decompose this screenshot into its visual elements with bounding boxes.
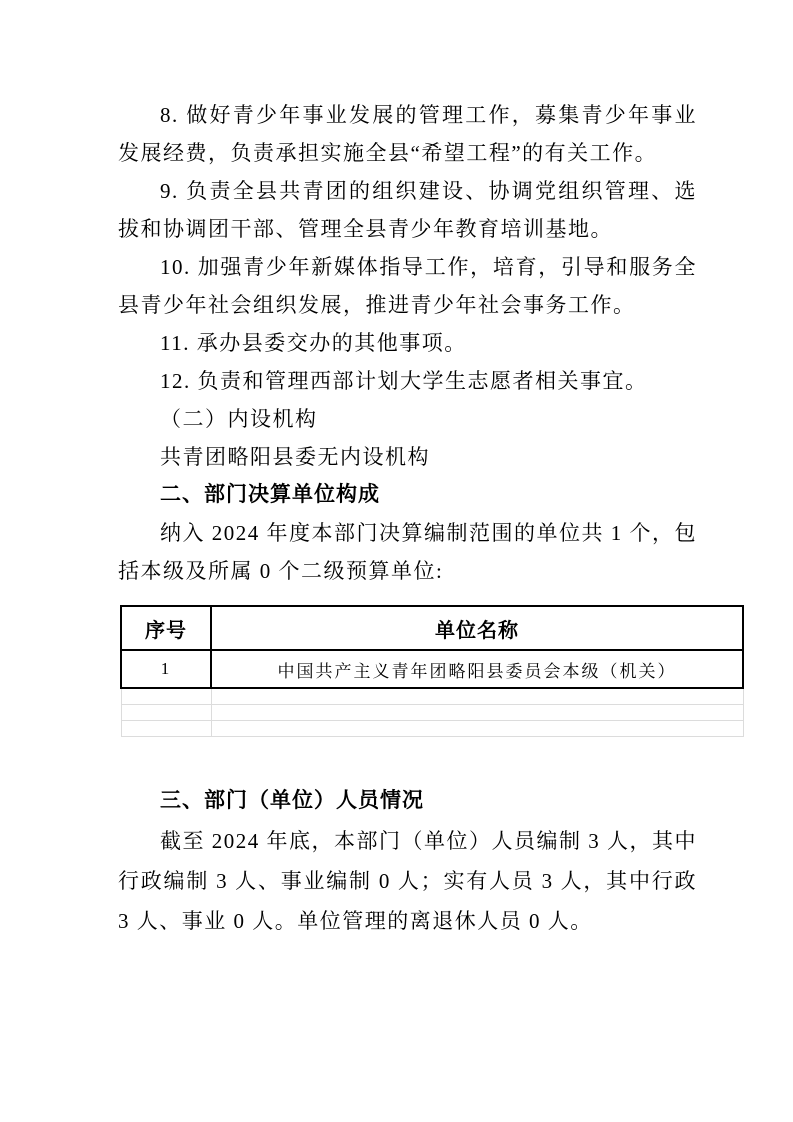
paragraph-duty-9: 9. 负责全县共青团的组织建设、协调党组织管理、选拔和协调团干部、管理全县青少年… (118, 172, 697, 248)
table-header-index: 序号 (121, 606, 211, 650)
paragraph-duty-12: 12. 负责和管理西部计划大学生志愿者相关事宜。 (118, 362, 697, 400)
empty-cell (211, 688, 743, 705)
empty-cell (121, 705, 211, 721)
unit-table-empty-row (121, 688, 743, 705)
document-page: 8. 做好青少年事业发展的管理工作，募集青少年事业发展经费，负责承担实施全县“希… (0, 0, 793, 1122)
subheading-internal-org: （二）内设机构 (118, 400, 697, 438)
paragraph-no-internal-org: 共青团略阳县委无内设机构 (118, 438, 697, 476)
empty-cell (121, 721, 211, 737)
paragraph-duty-11: 11. 承办县委交办的其他事项。 (118, 324, 697, 362)
section-heading-personnel: 三、部门（单位）人员情况 (118, 781, 697, 821)
paragraph-duty-10: 10. 加强青少年新媒体指导工作，培育，引导和服务全县青少年社会组织发展，推进青… (118, 248, 697, 324)
unit-table-empty-row (121, 705, 743, 721)
document-content: 8. 做好青少年事业发展的管理工作，募集青少年事业发展经费，负责承担实施全县“希… (118, 96, 697, 941)
empty-cell (211, 721, 743, 737)
unit-table-header-row: 序号 单位名称 (121, 606, 743, 650)
section-heading-unit-composition: 二、部门决算单位构成 (118, 476, 697, 514)
empty-cell (121, 688, 211, 705)
unit-row-name-cell: 中国共产主义青年团略阳县委员会本级（机关） (211, 650, 743, 688)
unit-table-row: 1 中国共产主义青年团略阳县委员会本级（机关） (121, 650, 743, 688)
unit-row-index-cell: 1 (121, 650, 211, 688)
unit-table-empty-row (121, 721, 743, 737)
paragraph-duty-8: 8. 做好青少年事业发展的管理工作，募集青少年事业发展经费，负责承担实施全县“希… (118, 96, 697, 172)
personnel-section: 三、部门（单位）人员情况 截至 2024 年底，本部门（单位）人员编制 3 人，… (118, 781, 697, 941)
empty-cell (211, 705, 743, 721)
table-header-unit-name: 单位名称 (211, 606, 743, 650)
unit-table: 序号 单位名称 1 中国共产主义青年团略阳县委员会本级（机关） (120, 605, 744, 737)
paragraph-unit-scope: 纳入 2024 年度本部门决算编制范围的单位共 1 个，包括本级及所属 0 个二… (118, 514, 697, 590)
paragraph-personnel: 截至 2024 年底，本部门（单位）人员编制 3 人，其中行政编制 3 人、事业… (118, 821, 697, 941)
